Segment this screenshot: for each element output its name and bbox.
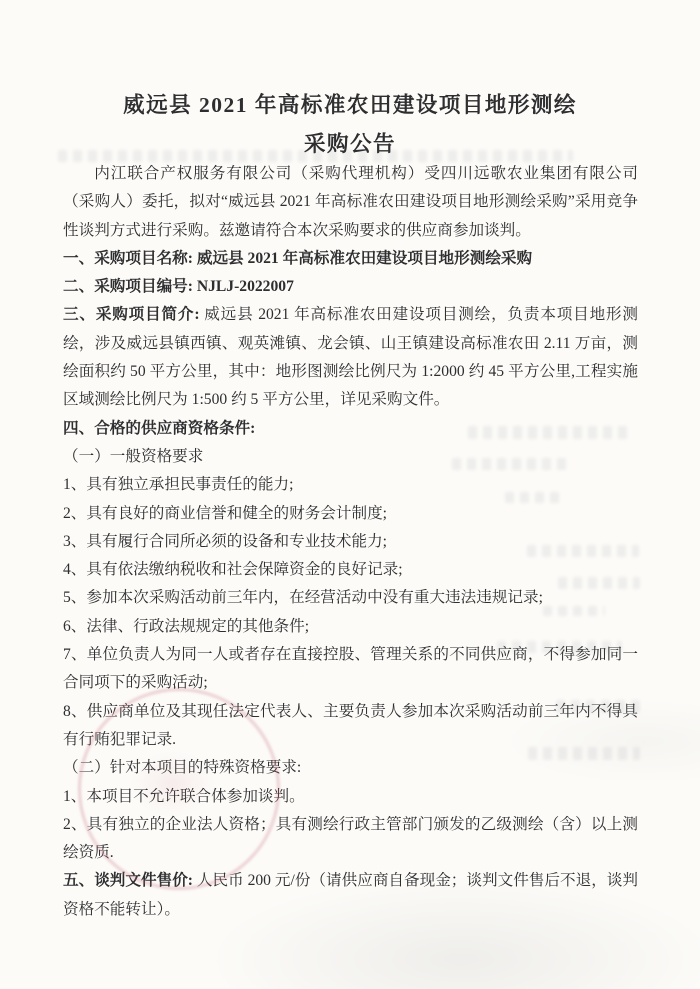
subsection-special-requirements: （二）针对本项目的特殊资格要求: (63, 754, 638, 782)
special-item-1: 1、本项目不允许联合体参加谈判。 (63, 783, 638, 811)
general-item-5: 5、参加本次采购活动前三年内，在经营活动中没有重大违法违规记录; (63, 584, 638, 612)
intro-paragraph: 内江联合产权服务有限公司（采购代理机构）受四川远歌农业集团有限公司（采购人）委托… (63, 160, 638, 245)
section-document-price: 五、谈判文件售价: 人民币 200 元/份（请供应商自备现金；谈判文件售后不退，… (63, 867, 638, 924)
subsection-general-requirements: （一）一般资格要求 (63, 443, 638, 471)
document-page: 威远县 2021 年高标准农田建设项目地形测绘 采购公告 内江联合产权服务有限公… (0, 0, 700, 989)
section-project-brief-label: 三、采购项目简介: (63, 306, 204, 323)
document-title-line2: 采购公告 (0, 127, 700, 158)
section-project-name-label: 一、采购项目名称: (63, 250, 197, 267)
section-project-number-label: 二、采购项目编号: (63, 278, 197, 295)
general-item-1: 1、具有独立承担民事责任的能力; (63, 471, 638, 499)
general-item-4: 4、具有依法缴纳税收和社会保障资金的良好记录; (63, 556, 638, 584)
document-title-line1: 威远县 2021 年高标准农田建设项目地形测绘 (0, 88, 700, 119)
general-item-7: 7、单位负责人为同一人或者存在直接控股、管理关系的不同供应商，不得参加同一合同项… (63, 641, 638, 698)
general-item-6: 6、法律、行政法规规定的其他条件; (63, 613, 638, 641)
section-document-price-label: 五、谈判文件售价: (63, 872, 197, 889)
general-item-2: 2、具有良好的商业信誉和健全的财务会计制度; (63, 500, 638, 528)
general-item-8: 8、供应商单位及其现任法定代表人、主要负责人参加本次采购活动前三年内不得具有行贿… (63, 698, 638, 755)
section-project-brief: 三、采购项目简介: 威远县 2021 年高标准农田建设项目测绘，负责本项目地形测… (63, 301, 638, 414)
section-project-number: 二、采购项目编号: NJLJ-2022007 (63, 273, 638, 301)
section-project-name: 一、采购项目名称: 威远县 2021 年高标准农田建设项目地形测绘采购 (63, 245, 638, 273)
section-supplier-qualification: 四、合格的供应商资格条件: (63, 415, 638, 443)
document-body: 内江联合产权服务有限公司（采购代理机构）受四川远歌农业集团有限公司（采购人）委托… (63, 160, 638, 924)
section-supplier-qualification-label: 四、合格的供应商资格条件: (63, 420, 255, 437)
special-item-2: 2、具有独立的企业法人资格；具有测绘行政主管部门颁发的乙级测绘（含）以上测绘资质… (63, 811, 638, 868)
general-item-3: 3、具有履行合同所必须的设备和专业技术能力; (63, 528, 638, 556)
